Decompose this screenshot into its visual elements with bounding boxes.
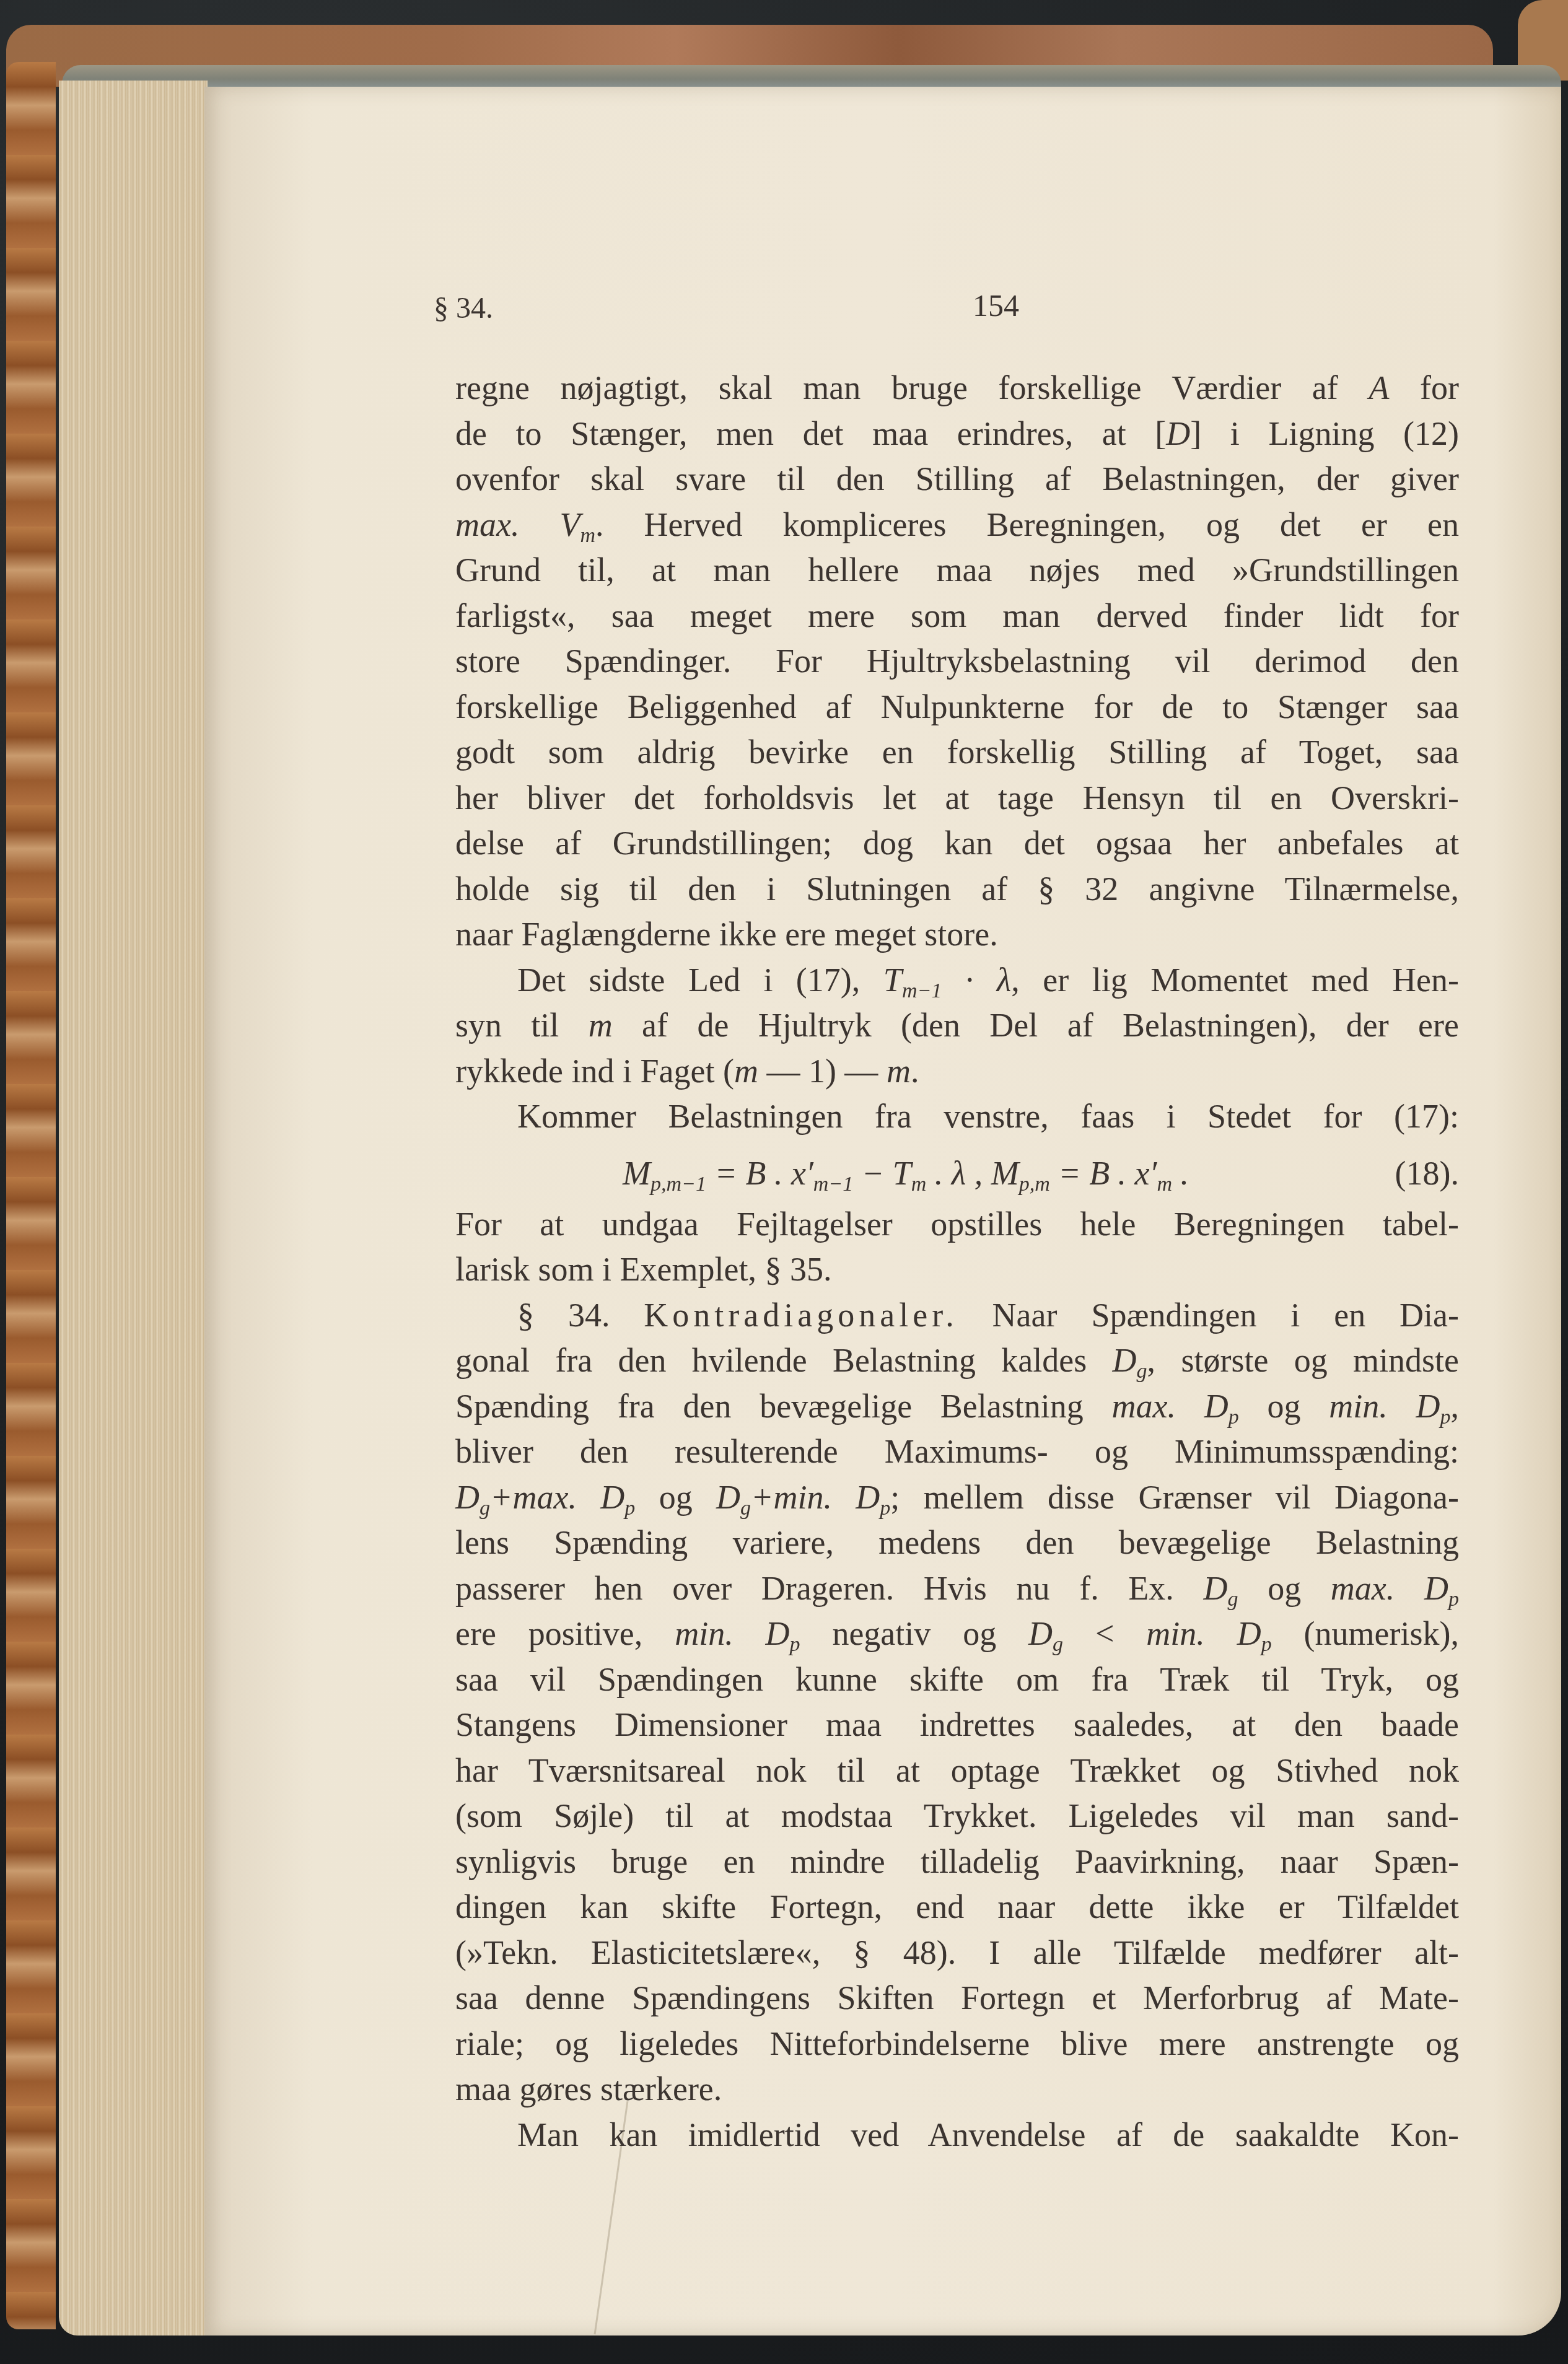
- equation-number: (18).: [1395, 1151, 1459, 1197]
- text-line: farligst«, saa meget mere som man derved…: [455, 593, 1459, 639]
- page-stack-edge: [59, 81, 208, 2336]
- text-line: Grund til, at man hellere maa nøjes med …: [455, 548, 1459, 593]
- text-line: For at undgaa Fejltagelser opstilles hel…: [455, 1202, 1459, 1248]
- section-heading-line: § 34. Kontradiagonaler. Naar Spændingen …: [455, 1293, 1459, 1339]
- equation-18: Mp,m−1 = B . x′m−1 − Tm . λ , Mp,m = B .…: [455, 1140, 1459, 1202]
- section-marker: § 34.: [434, 291, 493, 325]
- section-heading: Kontradiagonaler.: [644, 1297, 958, 1334]
- text-line: synligvis bruge en mindre tilladelig Paa…: [455, 1839, 1459, 1885]
- text-line: ere positive, min. Dp negativ og Dg < mi…: [455, 1611, 1459, 1657]
- text-line: Man kan imidlertid ved Anvendelse af de …: [455, 2112, 1459, 2158]
- text-line: Stangens Dimensioner maa indrettes saale…: [455, 1702, 1459, 1748]
- text-line: (som Søjle) til at modstaa Trykket. Lige…: [455, 1793, 1459, 1839]
- text-line: Kommer Belastningen fra venstre, faas i …: [455, 1094, 1459, 1140]
- text-line: delse af Grundstillingen; dog kan det og…: [455, 821, 1459, 867]
- text-line: store Spændinger. For Hjultryksbelastnin…: [455, 639, 1459, 685]
- text-line: (»Tekn. Elasticitetslære«, § 48). I alle…: [455, 1930, 1459, 1976]
- text-line: forskellige Beliggenhed af Nulpunkterne …: [455, 685, 1459, 730]
- text-line: lens Spænding variere, medens den bevæge…: [455, 1520, 1459, 1566]
- text-line: holde sig til den i Slutningen af § 32 a…: [455, 867, 1459, 913]
- text-line: har Tværsnitsareal nok til at optage Træ…: [455, 1748, 1459, 1794]
- text-line: maa gøres stærkere.: [455, 2067, 1459, 2112]
- text-line: larisk som i Exemplet, § 35.: [455, 1247, 1459, 1293]
- running-head: § 34. 154: [434, 291, 1053, 335]
- text-line: Dg+max. Dp og Dg+min. Dp; mellem disse G…: [455, 1475, 1459, 1521]
- text-line: bliver den resulterende Maximums- og Min…: [455, 1429, 1459, 1475]
- text-line: syn til m af de Hjultryk (den Del af Bel…: [455, 1003, 1459, 1049]
- text-line: her bliver det forholdsvis let at tage H…: [455, 776, 1459, 821]
- text-line: gonal fra den hvilende Belastning kaldes…: [455, 1338, 1459, 1384]
- text-line: Det sidste Led i (17), Tm−1 · λ, er lig …: [455, 958, 1459, 1004]
- text-line: ovenfor skal svare til den Stilling af B…: [455, 457, 1459, 502]
- book-binding-spine: [6, 62, 56, 2329]
- text-line: Spænding fra den bevægelige Belastning m…: [455, 1384, 1459, 1430]
- text-line: passerer hen over Drageren. Hvis nu f. E…: [455, 1566, 1459, 1612]
- text-line: saa denne Spændingens Skiften Fortegn et…: [455, 1976, 1459, 2021]
- text-line: riale; og ligeledes Nitteforbindelserne …: [455, 2021, 1459, 2067]
- text-line: rykkede ind i Faget (m — 1) — m.: [455, 1049, 1459, 1095]
- page-number: 154: [973, 287, 1019, 323]
- text-line: dingen kan skifte Fortegn, end naar dett…: [455, 1885, 1459, 1930]
- text-line: saa vil Spændingen kunne skifte om fra T…: [455, 1657, 1459, 1703]
- text-line: regne nøjagtigt, skal man bruge forskell…: [455, 366, 1459, 411]
- text-line: godt som aldrig bevirke en forskellig St…: [455, 730, 1459, 776]
- text-line: max. Vm. Herved kompliceres Beregningen,…: [455, 502, 1459, 548]
- text-line: de to Stænger, men det maa erindres, at …: [455, 411, 1459, 457]
- body-text: regne nøjagtigt, skal man bruge forskell…: [455, 366, 1459, 2158]
- equation-expression: Mp,m−1 = B . x′m−1 − Tm . λ , Mp,m = B .…: [623, 1151, 1189, 1197]
- text-line: naar Faglængderne ikke ere meget store.: [455, 912, 1459, 958]
